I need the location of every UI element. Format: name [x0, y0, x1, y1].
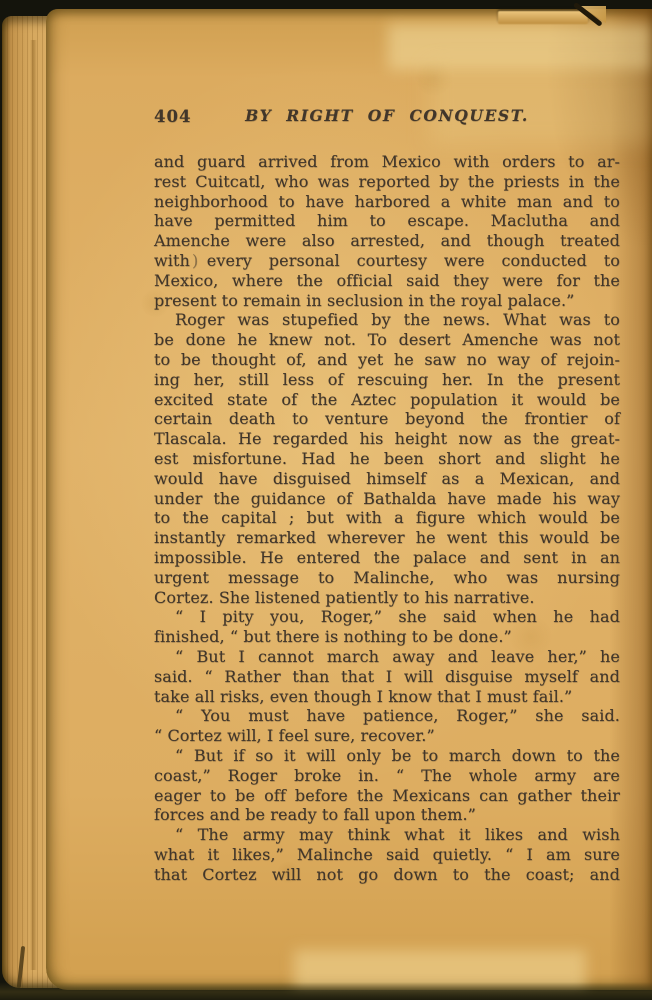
- text-line: and guard arrived from Mexico with order…: [154, 152, 620, 172]
- text-line: “ You must have patience, Roger,” she sa…: [154, 706, 620, 726]
- text-line: Roger was stupefied by the news. What wa…: [154, 310, 620, 330]
- text-line: urgent message to Malinche, who was nurs…: [154, 568, 620, 588]
- paragraph: “ The army may think what it likes and w…: [154, 825, 620, 884]
- paragraph: “ But if so it will only be to march dow…: [154, 746, 620, 825]
- paragraph: Roger was stupefied by the news. What wa…: [154, 310, 620, 607]
- text-line: est misfortune. Had he been short and sl…: [154, 449, 620, 469]
- book-photo: 404 BY RIGHT OF CONQUEST. and guard arri…: [0, 0, 652, 1000]
- page-edge-groove: [30, 40, 37, 970]
- text-line: instantly remarked wherever he went this…: [154, 528, 620, 548]
- text-line: present to remain in seclusion in the ro…: [154, 291, 620, 311]
- text-line: rest Cuitcatl, who was reported by the p…: [154, 172, 620, 192]
- text-line: finished, “ but there is nothing to be d…: [154, 627, 620, 647]
- text-line: eager to be off before the Mexicans can …: [154, 786, 620, 806]
- text-line: impossible. He entered the palace and se…: [154, 548, 620, 568]
- page-number: 404: [154, 107, 191, 126]
- text-line: neighborhood to have harbored a white ma…: [154, 192, 620, 212]
- text-line: would have disguised himself as a Mexica…: [154, 469, 620, 489]
- text-line: take all risks, even though I know that …: [154, 687, 620, 707]
- paragraph: “ You must have patience, Roger,” she sa…: [154, 706, 620, 746]
- text-line: Amenche were also arrested, and though t…: [154, 231, 620, 251]
- text-line: coast,” Roger broke in. “ The whole army…: [154, 766, 620, 786]
- text-block: and guard arrived from Mexico with order…: [154, 152, 620, 884]
- running-title: BY RIGHT OF CONQUEST.: [154, 106, 620, 125]
- paragraph: “ But I cannot march away and leave her,…: [154, 647, 620, 706]
- text-line: “ But if so it will only be to march dow…: [154, 746, 620, 766]
- text-line: under the guidance of Bathalda have made…: [154, 489, 620, 509]
- text-line: to the capital ; but with a figure which…: [154, 508, 620, 528]
- text-line: excited state of the Aztec population it…: [154, 390, 620, 410]
- text-line: be done he knew not. To desert Amenche w…: [154, 330, 620, 350]
- text-line: what it likes,” Malinche said quietly. “…: [154, 845, 620, 865]
- text-line: Cortez. She listened patiently to his na…: [154, 588, 620, 608]
- ink-artifact-mark: ): [192, 251, 198, 270]
- paragraph: and guard arrived from Mexico with order…: [154, 152, 620, 310]
- text-line: with every personal courtesy were conduc…: [154, 251, 620, 271]
- running-head: 404 BY RIGHT OF CONQUEST.: [154, 106, 620, 130]
- text-line: “ I pity you, Roger,” she said when he h…: [154, 607, 620, 627]
- text-line: have permitted him to escape. Maclutha a…: [154, 211, 620, 231]
- text-line: forces and be ready to fall upon them.”: [154, 805, 620, 825]
- text-line: that Cortez will not go down to the coas…: [154, 865, 620, 885]
- protruding-page-edge: [498, 11, 588, 24]
- text-line: ing her, still less of rescuing her. In …: [154, 370, 620, 390]
- paragraph: “ I pity you, Roger,” she said when he h…: [154, 607, 620, 647]
- text-line: Mexico, where the official said they wer…: [154, 271, 620, 291]
- text-line: “ Cortez will, I feel sure, recover.”: [154, 726, 620, 746]
- text-line: said. “ Rather than that I will disguise…: [154, 667, 620, 687]
- text-line: “ The army may think what it likes and w…: [154, 825, 620, 845]
- printed-content: 404 BY RIGHT OF CONQUEST. and guard arri…: [154, 106, 620, 884]
- bottom-book-shadow: [0, 982, 652, 1000]
- text-line: Tlascala. He regarded his height now as …: [154, 429, 620, 449]
- text-line: “ But I cannot march away and leave her,…: [154, 647, 620, 667]
- text-line: to be thought of, and yet he saw no way …: [154, 350, 620, 370]
- text-line: certain death to venture beyond the fron…: [154, 409, 620, 429]
